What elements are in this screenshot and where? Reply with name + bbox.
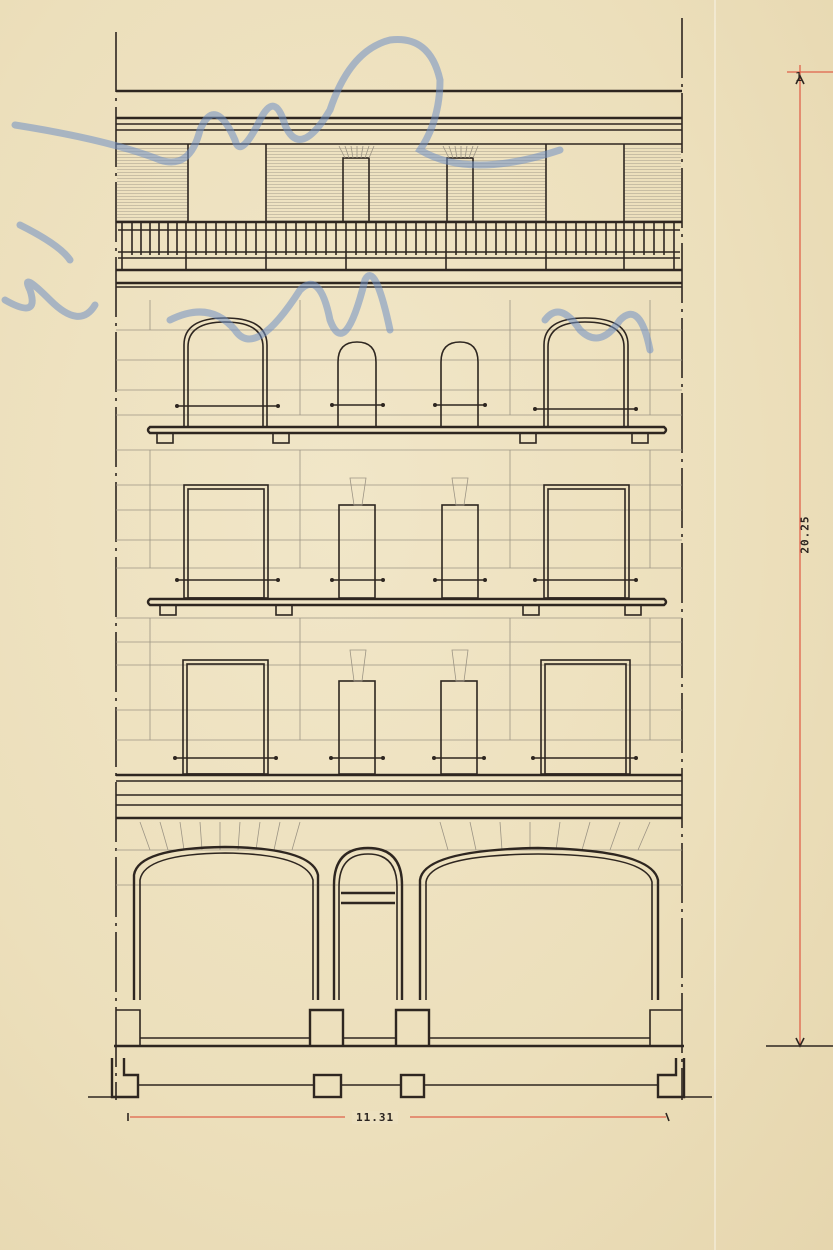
balustrade [116, 222, 682, 287]
stone-coursing [116, 300, 682, 885]
facade-elevation [0, 0, 833, 1250]
attic-hatching [117, 144, 681, 222]
string-course [116, 775, 682, 818]
height-dimension-label: 20.25 [799, 515, 812, 553]
first-floor-windows [148, 478, 666, 615]
mezzanine-windows [173, 650, 638, 774]
width-dimension-label: 11.31 [352, 1111, 398, 1124]
dimension-lines [128, 65, 833, 1121]
drawing-sheet: 11.31 20.25 1 [0, 0, 833, 1250]
ground-floor-arcade [114, 822, 684, 1046]
plan-section [88, 1058, 712, 1097]
top-tick-label: 1 [795, 70, 802, 84]
